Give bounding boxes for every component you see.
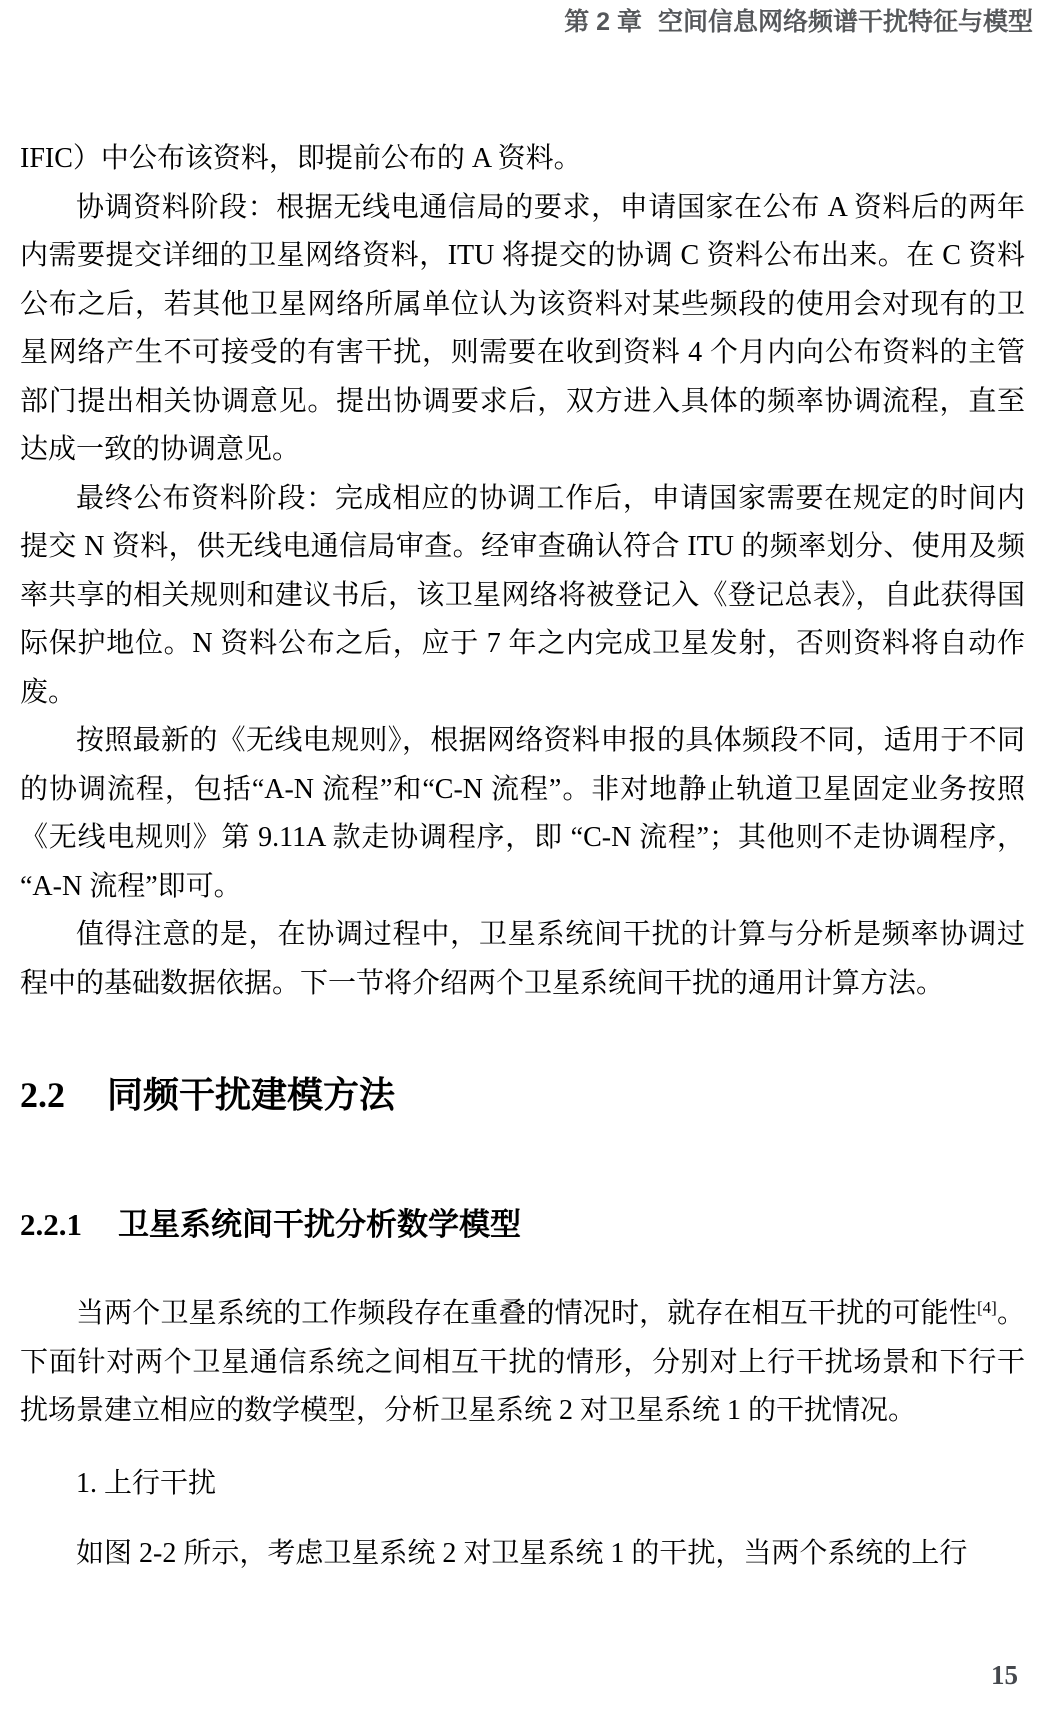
main-text-column: IFIC）中公布该资料，即提前公布的 A 资料。 协调资料阶段：根据无线电通信局… bbox=[20, 135, 1025, 1578]
list-item-heading-uplink: 1. 上行干扰 bbox=[20, 1464, 1025, 1504]
paragraph-continuation: IFIC）中公布该资料，即提前公布的 A 资料。 bbox=[20, 135, 1025, 184]
chapter-title: 空间信息网络频谱干扰特征与模型 bbox=[658, 8, 1033, 36]
page-number: 15 bbox=[991, 1660, 1018, 1690]
section-title: 同频干扰建模方法 bbox=[107, 1074, 395, 1115]
running-head: 第 2 章空间信息网络频谱干扰特征与模型 bbox=[564, 9, 1033, 36]
paragraph-coordination-stage: 协调资料阶段：根据无线电通信局的要求，申请国家在公布 A 资料后的两年内需要提交… bbox=[20, 184, 1025, 475]
paragraph-radio-regulations: 按照最新的《无线电规则》，根据网络资料申报的具体频段不同，适用于不同的协调流程，… bbox=[20, 717, 1025, 911]
section-number: 2.2 bbox=[20, 1075, 65, 1115]
subsection-number: 2.2.1 bbox=[20, 1207, 82, 1242]
paragraph-text-before-citation: 当两个卫星系统的工作频段存在重叠的情况时，就存在相互干扰的可能性 bbox=[76, 1298, 977, 1329]
paragraph-note: 值得注意的是，在协调过程中，卫星系统间干扰的计算与分析是频率协调过程中的基础数据… bbox=[20, 911, 1025, 1008]
chapter-label: 第 2 章 bbox=[564, 8, 642, 36]
paragraph-final-publication-stage: 最终公布资料阶段：完成相应的协调工作后，申请国家需要在规定的时间内提交 N 资料… bbox=[20, 475, 1025, 718]
subsection-title: 卫星系统间干扰分析数学模型 bbox=[118, 1207, 521, 1242]
paragraph-interference-possibility: 当两个卫星系统的工作频段存在重叠的情况时，就存在相互干扰的可能性[4]。下面针对… bbox=[20, 1290, 1025, 1436]
paragraph-figure-2-2: 如图 2-2 所示，考虑卫星系统 2 对卫星系统 1 的干扰，当两个系统的上行 bbox=[20, 1530, 1025, 1579]
citation-reference-4: [4] bbox=[977, 1298, 997, 1317]
section-heading-2-2: 2.2同频干扰建模方法 bbox=[20, 1072, 1025, 1118]
subsection-heading-2-2-1: 2.2.1卫星系统间干扰分析数学模型 bbox=[20, 1205, 1025, 1245]
document-page: 第 2 章空间信息网络频谱干扰特征与模型 IFIC）中公布该资料，即提前公布的 … bbox=[0, 0, 1041, 1709]
